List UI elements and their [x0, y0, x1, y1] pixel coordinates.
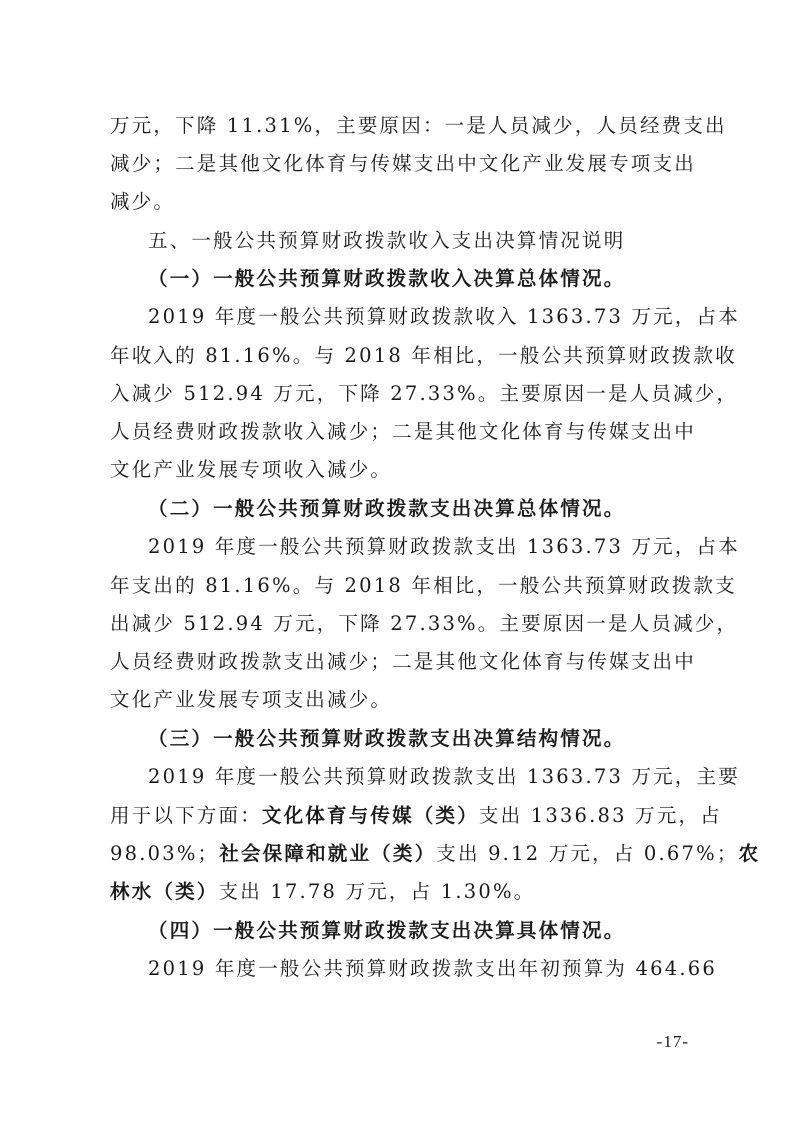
- body-text-line: 减少。: [110, 190, 690, 214]
- text-span: 支出 9.12 万元，占 0.67%；: [436, 842, 738, 865]
- body-text-line: 年支出的 81.16%。与 2018 年相比，一般公共预算财政拨款支: [110, 574, 690, 598]
- body-text-line: 出减少 512.94 万元，下降 27.33%。主要原因一是人员减少，: [110, 612, 690, 636]
- body-text-line: 万元，下降 11.31%，主要原因：一是人员减少，人员经费支出: [110, 114, 690, 138]
- subsection-heading: （二）一般公共预算财政拨款支出决算总体情况。: [148, 497, 690, 521]
- subsection-heading: （四）一般公共预算财政拨款支出决算具体情况。: [148, 919, 690, 943]
- text-span: 用于以下方面：: [110, 804, 262, 827]
- body-text-line: 文化产业发展专项支出减少。: [110, 688, 690, 712]
- body-text-line: 文化产业发展专项收入减少。: [110, 458, 690, 482]
- text-span: 支出 1336.83 万元，占: [479, 804, 722, 827]
- body-text-line: 2019 年度一般公共预算财政拨款支出 1363.73 万元，占本: [148, 535, 690, 559]
- body-text-line: 2019 年度一般公共预算财政拨款收入 1363.73 万元，占本: [148, 305, 690, 329]
- body-text-line: 2019 年度一般公共预算财政拨款支出年初预算为 464.66: [148, 957, 690, 981]
- body-text-line: 2019 年度一般公共预算财政拨款支出 1363.73 万元，主要: [148, 765, 690, 789]
- body-text-line: 年收入的 81.16%。与 2018 年相比，一般公共预算财政拨款收: [110, 344, 690, 368]
- category-label: 林水（类）: [110, 880, 219, 903]
- text-span: 支出 17.78 万元，占 1.30%。: [219, 880, 536, 903]
- body-text-line: 用于以下方面：文化体育与传媒（类）支出 1336.83 万元，占: [110, 804, 690, 828]
- body-text-line: 减少；二是其他文化体育与传媒支出中文化产业发展专项支出: [110, 152, 690, 176]
- category-label: 文化体育与传媒（类）: [262, 804, 479, 827]
- page-number: -17-: [657, 1032, 689, 1052]
- body-text-line: 入减少 512.94 万元，下降 27.33%。主要原因一是人员减少，: [110, 382, 690, 406]
- subsection-heading: （一）一般公共预算财政拨款收入决算总体情况。: [148, 267, 690, 291]
- subsection-heading: （三）一般公共预算财政拨款支出决算结构情况。: [148, 727, 690, 751]
- body-text-line: 人员经费财政拨款收入减少；二是其他文化体育与传媒支出中: [110, 420, 690, 444]
- category-label: 农: [739, 842, 761, 865]
- body-text-line: 林水（类）支出 17.78 万元，占 1.30%。: [110, 880, 690, 904]
- body-text-line: 98.03%；社会保障和就业（类）支出 9.12 万元，占 0.67%；农: [110, 842, 690, 866]
- section-heading: 五、一般公共预算财政拨款收入支出决算情况说明: [148, 229, 690, 253]
- body-text-line: 人员经费财政拨款支出减少；二是其他文化体育与传媒支出中: [110, 650, 690, 674]
- text-span: 98.03%；: [110, 842, 219, 865]
- category-label: 社会保障和就业（类）: [219, 842, 436, 865]
